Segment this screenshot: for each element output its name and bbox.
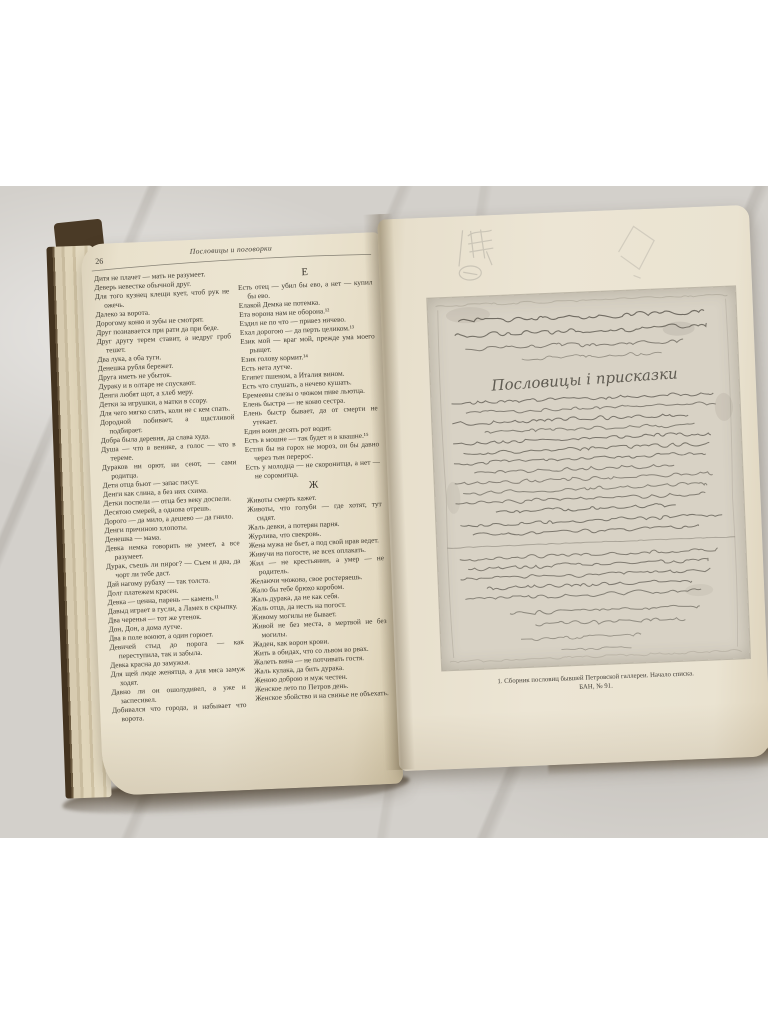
handwriting-stroke — [522, 351, 662, 360]
handwriting-stroke — [510, 604, 700, 616]
plate-caption: 1. Сборник пословиц бывшей Петровской га… — [426, 666, 766, 698]
handwriting-stroke — [460, 567, 710, 582]
handwriting-stroke — [485, 422, 695, 435]
handwriting-stroke — [473, 524, 699, 537]
handwriting-stroke — [496, 503, 676, 514]
stain-blotch — [446, 482, 461, 515]
handwriting-stroke — [458, 309, 704, 324]
handwriting-stroke — [487, 579, 692, 591]
handwriting-stroke — [724, 299, 741, 647]
handwriting-stroke — [460, 547, 718, 561]
stain-blotch — [446, 306, 491, 324]
right-page: Пословицы i присказки 1. Сборник послови… — [377, 205, 768, 771]
handwriting-stroke — [455, 492, 705, 506]
handwriting-stroke — [460, 513, 722, 527]
handwriting-stroke — [447, 536, 735, 549]
manuscript-heading: Пословицы i присказки — [490, 364, 678, 394]
proverb-columns: Дитя не плачет — мать не разумеет.Деверь… — [94, 262, 391, 723]
handwriting-stroke — [436, 293, 728, 307]
handwriting-stroke — [468, 557, 708, 571]
handwriting-stroke — [452, 412, 688, 426]
handwriting-stroke — [535, 616, 685, 626]
left-page: 26 Пословицы и поговорки Дитя не плачет … — [81, 232, 404, 796]
pencil-scribble-left — [455, 225, 501, 285]
manuscript-handwriting: Пословицы i присказки — [427, 286, 750, 670]
pencil-scribble-right — [611, 222, 661, 282]
proverb-column-left: Дитя не плачет — мать не разумеет.Деверь… — [94, 268, 247, 723]
handwriting-stroke — [521, 633, 641, 641]
handwriting-stroke — [463, 442, 709, 456]
handwriting-stroke — [561, 646, 631, 651]
handwriting-stroke — [455, 472, 713, 486]
handwriting-stroke — [450, 649, 742, 663]
handwriting-stroke — [465, 338, 683, 351]
stain-blotch — [662, 321, 695, 336]
handwriting-stroke — [474, 463, 674, 475]
handwriting-stroke — [466, 401, 716, 415]
handwriting-stroke — [451, 391, 713, 405]
manuscript-facsimile-plate: Пословицы i присказки — [426, 285, 751, 671]
book-photograph: { "book": { "left_page": { "page_number"… — [0, 0, 768, 1024]
